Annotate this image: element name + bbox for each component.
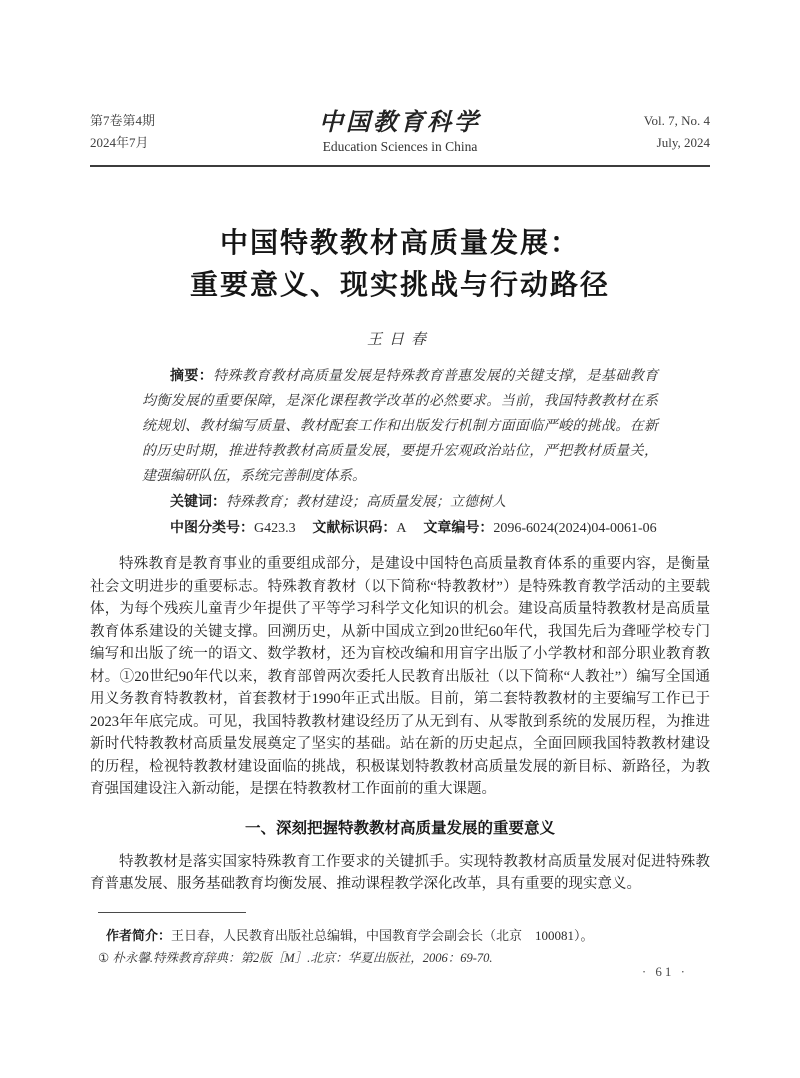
journal-title-en: Education Sciences in China <box>210 136 590 158</box>
footnote-1-text: 朴永馨.特殊教育辞典：第2版［M］.北京：华夏出版社，2006：69-70. <box>112 951 492 965</box>
abstract-label: 摘要： <box>170 367 213 383</box>
footnote-divider <box>98 912 246 913</box>
section-1-heading: 一、深刻把握特教教材高质量发展的重要意义 <box>90 816 710 838</box>
clc-value: G423.3 <box>254 521 296 536</box>
article-title-line-1: 中国特教教材高质量发展： <box>90 222 710 264</box>
abstract-block: 摘要：特殊教育教材高质量发展是特殊教育普惠发展的关键支撑，是基础教育均衡发展的重… <box>142 363 658 541</box>
meta-line: 中图分类号：G423.3文献标识码：A文章编号：2096-6024(2024)0… <box>142 515 658 541</box>
article-id-value: 2096-6024(2024)04-0061-06 <box>493 521 656 536</box>
header-date-cn: 2024年7月 <box>90 132 210 154</box>
journal-logo: 中国教育科学 <box>210 110 590 136</box>
abstract-paragraph: 摘要：特殊教育教材高质量发展是特殊教育普惠发展的关键支撑，是基础教育均衡发展的重… <box>142 363 658 489</box>
footnote-area: 作者简介：王日春，人民教育出版社总编辑，中国教育学会副会长（北京 100081）… <box>98 912 710 970</box>
author-bio-text: 王日春，人民教育出版社总编辑，中国教育学会副会长（北京 100081）。 <box>171 928 594 943</box>
doc-code-value: A <box>396 521 406 536</box>
abstract-text: 特殊教育教材高质量发展是特殊教育普惠发展的关键支撑，是基础教育均衡发展的重要保障… <box>142 369 658 484</box>
keywords-label: 关键词： <box>170 493 226 509</box>
author-bio-line: 作者简介：王日春，人民教育出版社总编辑，中国教育学会副会长（北京 100081）… <box>98 924 710 947</box>
header-divider <box>90 165 710 167</box>
page-content: 第7卷第4期 2024年7月 中国教育科学 Education Sciences… <box>90 0 710 896</box>
article-title-line-2: 重要意义、现实挑战与行动路径 <box>90 264 710 306</box>
clc-label: 中图分类号： <box>170 519 254 535</box>
footnote-1: ① 朴永馨.特殊教育辞典：第2版［M］.北京：华夏出版社，2006：69-70. <box>98 947 710 970</box>
article-title: 中国特教教材高质量发展： 重要意义、现实挑战与行动路径 <box>90 222 710 306</box>
header-left: 第7卷第4期 2024年7月 <box>90 110 210 154</box>
keywords-line: 关键词：特殊教育；教材建设；高质量发展；立德树人 <box>142 489 658 515</box>
header-volume-issue-cn: 第7卷第4期 <box>90 110 210 132</box>
header-center: 中国教育科学 Education Sciences in China <box>210 110 590 158</box>
doc-code-label: 文献标识码： <box>312 519 396 535</box>
article-id-label: 文章编号： <box>423 519 493 535</box>
header-volume-issue-en: Vol. 7, No. 4 <box>590 110 710 132</box>
body-paragraph-2: 特教教材是落实国家特殊教育工作要求的关键抓手。实现特教教材高质量发展对促进特殊教… <box>90 851 710 896</box>
page-number: · 61 · <box>642 964 688 980</box>
header-date-en: July, 2024 <box>590 132 710 154</box>
journal-page: 第7卷第4期 2024年7月 中国教育科学 Education Sciences… <box>0 0 800 1078</box>
journal-header: 第7卷第4期 2024年7月 中国教育科学 Education Sciences… <box>90 110 710 158</box>
header-right: Vol. 7, No. 4 July, 2024 <box>590 110 710 154</box>
author-bio-label: 作者简介： <box>106 928 171 943</box>
body-paragraph-1: 特殊教育是教育事业的重要组成部分，是建设中国特色高质量教育体系的重要内容，是衡量… <box>90 553 710 801</box>
keywords-text: 特殊教育；教材建设；高质量发展；立德树人 <box>226 495 506 510</box>
footnote-1-marker: ① <box>98 951 109 965</box>
author-name: 王日春 <box>90 328 710 349</box>
